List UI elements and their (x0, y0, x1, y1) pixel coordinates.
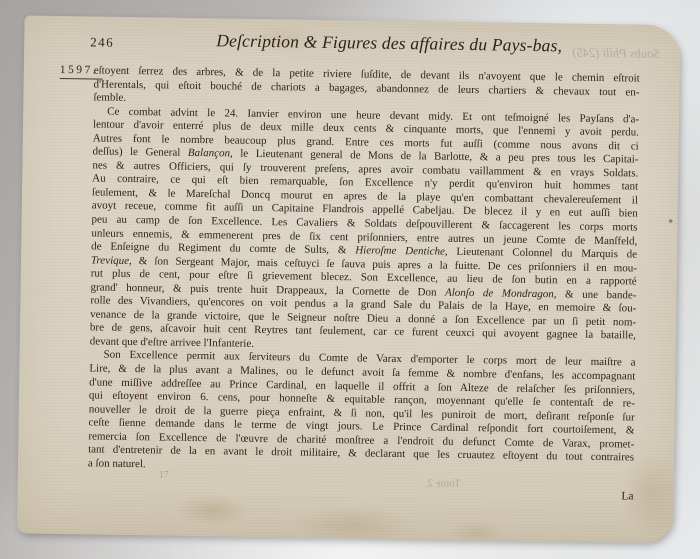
showthrough-verso-header: Soubs Phili (245) (536, 45, 696, 62)
book-page: 246 Deſcription & Figures des affaires d… (17, 15, 681, 543)
paragraph: Son Excellence permit aux ſerviteurs du … (88, 349, 636, 479)
scan-background: { "page": { "page_number": "246", "runni… (0, 0, 700, 559)
body-text: eſtoyent ſerrez des arbres, & de la peti… (88, 64, 640, 478)
pencil-mark: 17 (159, 469, 169, 480)
page-number: 246 (90, 34, 114, 50)
catchword: La (621, 490, 633, 502)
showthrough-tome-label: Tome 2. (398, 477, 488, 490)
paragraph: Ce combat advint le 24. Ianvier environ … (90, 105, 640, 357)
